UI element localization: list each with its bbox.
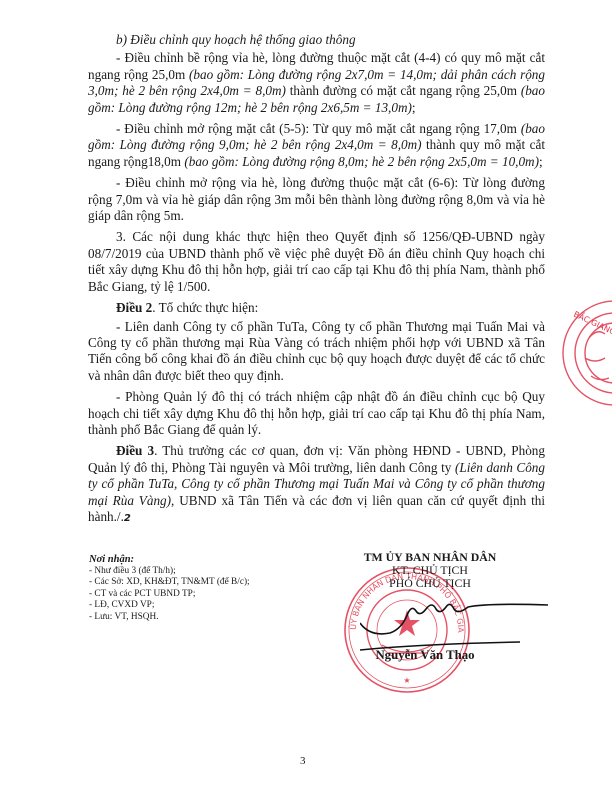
recipient-item: - LĐ, CVXD VP; <box>89 600 289 611</box>
document-page: b) Điều chỉnh quy hoạch hệ thống giao th… <box>0 0 612 792</box>
article-3: Điều 3. Thủ trưởng các cơ quan, đơn vị: … <box>88 443 545 527</box>
article-2-paragraph-1: - Liên danh Công ty cổ phần TuTa, Công t… <box>88 319 545 385</box>
recipients-list: Nơi nhận: - Như điều 3 (để Th/h); - Các … <box>89 553 289 623</box>
recipient-item: - Các Sở: XD, KH&ĐT, TN&MT (để B/c); <box>89 577 289 588</box>
paragraph-cross-section-4-4: - Điều chỉnh bề rộng vỉa hè, lòng đường … <box>88 50 545 116</box>
paragraph-cross-section-6-6: - Điều chỉnh mở rộng vỉa hè, lòng đường … <box>88 175 545 224</box>
svg-text:BẮC GIANG: BẮC GIANG <box>572 307 612 337</box>
article-2-paragraph-2: - Phòng Quản lý đô thị có trách nhiệm cậ… <box>88 389 545 438</box>
svg-text:★: ★ <box>403 676 410 685</box>
item-3: 3. Các nội dung khác thực hiện theo Quyế… <box>88 229 545 295</box>
article-2-heading: Điều 2. Tổ chức thực hiện: <box>88 300 545 316</box>
recipient-item: - Như điều 3 (để Th/h); <box>89 566 289 577</box>
signature-block: TM ỦY BAN NHÂN DÂN KT. CHỦ TỊCH PHÓ CHỦ … <box>340 551 520 591</box>
recipient-item: - CT và các PCT UBND TP; <box>89 589 289 600</box>
signer-name: Nguyễn Văn Thạo <box>345 648 505 663</box>
side-seal-stamp-icon: BẮC GIANG <box>555 298 612 408</box>
handwritten-mark: 2 <box>124 513 131 524</box>
signer-position: PHÓ CHỦ TỊCH <box>340 577 520 590</box>
recipients-title: Nơi nhận: <box>89 553 289 566</box>
paragraph-cross-section-5-5: - Điều chỉnh mở rộng mặt cắt (5-5): Từ q… <box>88 121 545 170</box>
section-b-heading: b) Điều chỉnh quy hoạch hệ thống giao th… <box>88 32 545 48</box>
page-number: 3 <box>300 755 306 767</box>
handwritten-signature-icon <box>360 595 560 655</box>
recipient-item: - Lưu: VT, HSQH. <box>89 612 289 623</box>
document-body: b) Điều chỉnh quy hoạch hệ thống giao th… <box>88 32 545 532</box>
